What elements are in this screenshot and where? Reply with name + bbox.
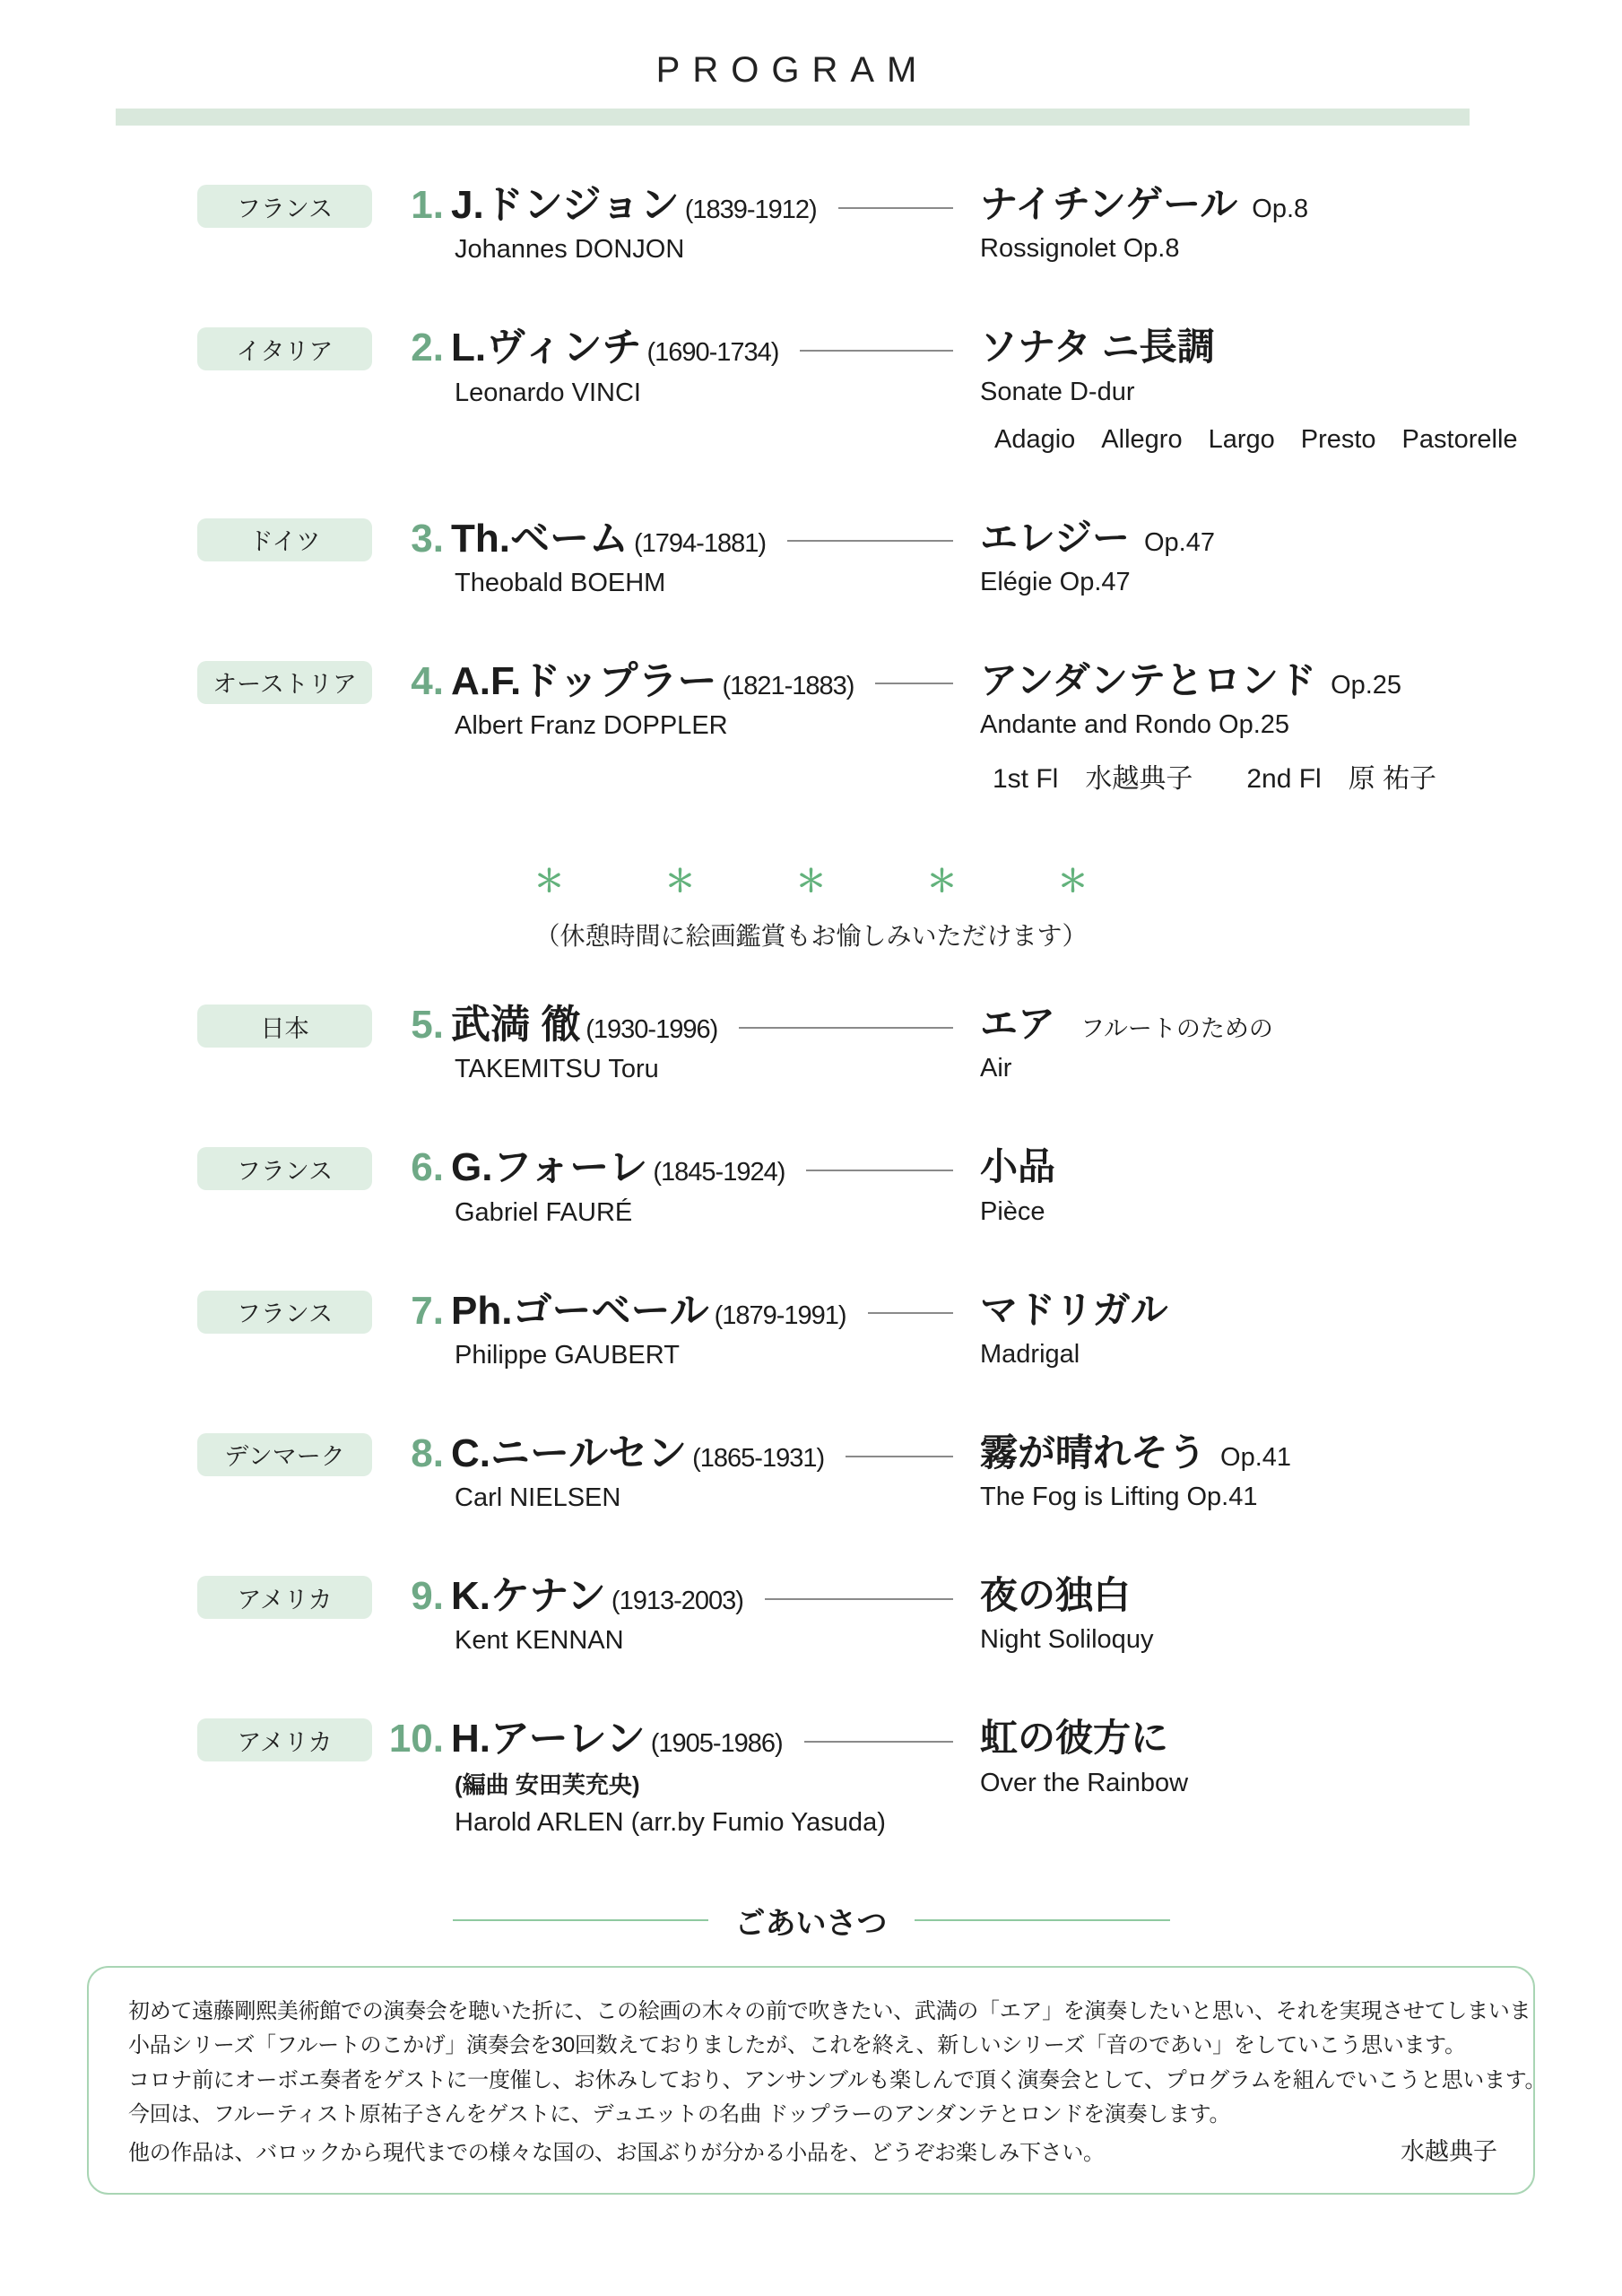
piece-title-jp: アンダンテとロンド [980, 659, 1316, 702]
composer-name-jp: A.F.ドップラー [451, 659, 716, 703]
page-title: PROGRAM [116, 50, 1470, 91]
piece-title-line: 夜の独白 [980, 1574, 1622, 1617]
composer-name-jp: L.ヴィンチ [451, 326, 641, 370]
country-tag-label: オーストリア [213, 665, 357, 700]
composer-line: H.アーレン (1905-1986) [451, 1717, 980, 1761]
item-number: 7. [385, 1289, 444, 1333]
piece-title-line: 小品 [980, 1145, 1622, 1188]
composer-line: K.ケナン (1913-2003) [451, 1574, 980, 1618]
item-number: 9. [385, 1574, 444, 1618]
composer-name-jp: K.ケナン [451, 1574, 606, 1618]
piece-title-latin: Andante and Rondo Op.25 [980, 710, 1622, 740]
country-tag-label: フランス [237, 1152, 333, 1187]
program-item-1: フランス 1. J.ドンジョン (1839-1912) Johannes DON… [197, 183, 1622, 265]
signature: 水越典子 [1401, 2132, 1497, 2167]
piece-title-jp: マドリガル [980, 1289, 1168, 1332]
country-tag: イタリア [197, 327, 372, 370]
composer-name-jp: Ph.ゴーベール [451, 1289, 709, 1333]
piece-title-latin: The Fog is Lifting Op.41 [980, 1483, 1622, 1512]
country-tag-label: フランス [237, 1294, 333, 1329]
composer-name-jp: 武満 徹 [451, 1003, 580, 1047]
composer-name-jp: H.アーレン [451, 1717, 646, 1761]
program-item-2: イタリア 2. L.ヴィンチ (1690-1734) Leonardo VINC… [197, 326, 1622, 455]
piece-title-line: エア フルートのための [980, 1003, 1622, 1046]
piece-title-jp: 霧が晴れそう [980, 1431, 1206, 1474]
composer-name-latin: TAKEMITSU Toru [455, 1055, 980, 1084]
country-tag: アメリカ [197, 1576, 372, 1619]
composer-name-latin: Gabriel FAURÉ [455, 1198, 980, 1228]
piece-subtitle: フルートのための [1080, 1009, 1273, 1044]
piece-title-jp: 虹の彼方に [980, 1717, 1168, 1760]
composer-line: Th.ベーム (1794-1881) [451, 517, 980, 561]
composer-block: L.ヴィンチ (1690-1734) Leonardo VINCI [451, 326, 980, 407]
piece-title-jp: エレジー [980, 517, 1130, 560]
connector-line [739, 1027, 953, 1029]
composer-line: G.フォーレ (1845-1924) [451, 1145, 980, 1189]
intermission-note: （休憩時間に絵画鑑賞もお愉しみいただけます） [0, 917, 1622, 952]
composer-name-jp: G.フォーレ [451, 1145, 647, 1189]
piece-block: ナイチンゲール Op.8 Rossignolet Op.8 [980, 183, 1622, 264]
asterisk-icon: ＊ [796, 857, 827, 900]
piece-title-line: ナイチンゲール Op.8 [980, 183, 1622, 226]
composer-name-latin: Albert Franz DOPPLER [455, 711, 980, 741]
greeting-heading: ごあいさつ [735, 1899, 888, 1943]
piece-performers: 1st Fl 水越典子 2nd Fl 原 祐子 [993, 756, 1622, 796]
program-item-9: アメリカ 9. K.ケナン (1913-2003) Kent KENNAN 夜の… [197, 1574, 1622, 1656]
program-item-5: 日本 5. 武満 徹 (1930-1996) TAKEMITSU Toru エア… [197, 1003, 1622, 1084]
piece-title-latin: Over the Rainbow [980, 1769, 1622, 1798]
item-number: 1. [385, 183, 444, 227]
composer-block: G.フォーレ (1845-1924) Gabriel FAURÉ [451, 1145, 980, 1227]
piece-title-jp: ナイチンゲール [980, 183, 1237, 226]
piece-title-line: アンダンテとロンド Op.25 [980, 659, 1622, 702]
piece-title-jp: ソナタ ニ長調 [980, 326, 1215, 369]
greeting-line: 他の作品は、バロックから現代までの様々な国の、お国ぶりが分かる小品を、どうぞお楽… [128, 2136, 1105, 2170]
country-tag: フランス [197, 1291, 372, 1334]
composer-name-jp: C.ニールセン [451, 1431, 687, 1475]
asterisk-icon: ＊ [927, 857, 958, 900]
composer-block: Th.ベーム (1794-1881) Theobald BOEHM [451, 517, 980, 598]
piece-block: マドリガル Madrigal [980, 1289, 1622, 1370]
piece-title-latin: Sonate D-dur [980, 378, 1622, 407]
composer-dates: (1690-1734) [646, 338, 778, 368]
composer-dates: (1913-2003) [612, 1587, 743, 1616]
asterisk-icon: ＊ [534, 857, 565, 900]
asterisk-row: ＊ ＊ ＊ ＊ ＊ [0, 857, 1622, 900]
program-list: フランス 1. J.ドンジョン (1839-1912) Johannes DON… [0, 183, 1622, 1838]
composer-name-jp: J.ドンジョン [451, 183, 680, 227]
intermission-divider: ＊ ＊ ＊ ＊ ＊ （休憩時間に絵画鑑賞もお愉しみいただけます） [0, 857, 1622, 952]
piece-title-line: ソナタ ニ長調 [980, 326, 1622, 369]
item-number: 3. [385, 517, 444, 561]
program-item-3: ドイツ 3. Th.ベーム (1794-1881) Theobald BOEHM… [197, 517, 1622, 598]
greeting-box: 初めて遠藤剛熙美術館での演奏会を聴いた折に、この絵画の木々の前で吹きたい、武満の… [87, 1966, 1535, 2195]
composer-line: A.F.ドップラー (1821-1883) [451, 659, 980, 703]
composer-name-jp: Th.ベーム [451, 517, 629, 561]
piece-title-line: マドリガル [980, 1289, 1622, 1332]
country-tag: アメリカ [197, 1718, 372, 1761]
composer-dates: (1879-1991) [715, 1301, 846, 1331]
composer-block: H.アーレン (1905-1986) (編曲 安田芙充央) Harold ARL… [451, 1717, 980, 1837]
composer-name-latin: Leonardo VINCI [455, 378, 980, 408]
composer-block: 武満 徹 (1930-1996) TAKEMITSU Toru [451, 1003, 980, 1084]
item-number: 4. [385, 659, 444, 703]
greeting-line: コロナ前にオーボエ奏者をゲストに一度催し、お休みしており、アンサンブルも楽しんで… [128, 2064, 1497, 2098]
item-number: 2. [385, 326, 444, 370]
connector-line [838, 207, 953, 209]
piece-title-jp: 夜の独白 [980, 1574, 1131, 1617]
country-tag-label: アメリカ [237, 1723, 332, 1758]
composer-name-latin: Carl NIELSEN [455, 1483, 980, 1513]
composer-line: 武満 徹 (1930-1996) [451, 1003, 980, 1047]
piece-opus: Op.41 [1220, 1443, 1291, 1473]
connector-line [804, 1741, 953, 1743]
country-tag-label: フランス [237, 189, 333, 224]
connector-line [868, 1312, 953, 1314]
composer-name-latin: Harold ARLEN (arr.by Fumio Yasuda) [455, 1808, 980, 1838]
greeting-last-row: 他の作品は、バロックから現代までの様々な国の、お国ぶりが分かる小品を、どうぞお楽… [128, 2132, 1497, 2170]
connector-line [787, 540, 953, 542]
header-divider-bar [116, 109, 1470, 126]
country-tag-label: イタリア [237, 332, 334, 367]
piece-title-latin: Night Soliloquy [980, 1625, 1622, 1655]
country-tag-label: 日本 [261, 1009, 309, 1044]
composer-dates: (1865-1931) [692, 1444, 824, 1474]
program-item-6: フランス 6. G.フォーレ (1845-1924) Gabriel FAURÉ… [197, 1145, 1622, 1227]
piece-title-jp: エア [980, 1003, 1055, 1046]
item-number: 10. [385, 1717, 444, 1761]
composer-block: J.ドンジョン (1839-1912) Johannes DONJON [451, 183, 980, 265]
piece-block: 小品 Pièce [980, 1145, 1622, 1226]
piece-title-jp: 小品 [980, 1145, 1055, 1188]
program-item-7: フランス 7. Ph.ゴーベール (1879-1991) Philippe GA… [197, 1289, 1622, 1370]
country-tag: ドイツ [197, 518, 372, 561]
piece-opus: Op.8 [1252, 195, 1308, 224]
country-tag: フランス [197, 185, 372, 228]
connector-line [806, 1170, 953, 1171]
greeting-section: ごあいさつ 初めて遠藤剛熙美術館での演奏会を聴いた折に、この絵画の木々の前で吹き… [0, 1899, 1622, 2195]
program-item-10: アメリカ 10. H.アーレン (1905-1986) (編曲 安田芙充央) H… [197, 1717, 1622, 1837]
piece-movements: Adagio Allegro Largo Presto Pastorelle [994, 419, 1622, 456]
composer-dates: (1839-1912) [685, 196, 817, 225]
country-tag-label: ドイツ [249, 522, 321, 557]
arranger-credit: (編曲 安田芙充央) [455, 1767, 980, 1800]
piece-block: 虹の彼方に Over the Rainbow [980, 1717, 1622, 1797]
country-tag: デンマーク [197, 1433, 372, 1476]
greeting-line: 初めて遠藤剛熙美術館での演奏会を聴いた折に、この絵画の木々の前で吹きたい、武満の… [128, 1995, 1497, 2029]
country-tag: 日本 [197, 1004, 372, 1048]
connector-line [765, 1598, 953, 1600]
heading-rule-left [453, 1919, 708, 1921]
composer-name-latin: Theobald BOEHM [455, 569, 980, 598]
piece-title-latin: Air [980, 1054, 1622, 1083]
country-tag: オーストリア [197, 661, 372, 704]
composer-line: L.ヴィンチ (1690-1734) [451, 326, 980, 370]
piece-title-latin: Rossignolet Op.8 [980, 234, 1622, 264]
piece-block: 霧が晴れそう Op.41 The Fog is Lifting Op.41 [980, 1431, 1622, 1512]
program-item-4: オーストリア 4. A.F.ドップラー (1821-1883) Albert F… [197, 659, 1622, 796]
item-number: 5. [385, 1003, 444, 1047]
piece-block: ソナタ ニ長調 Sonate D-dur Adagio Allegro Larg… [980, 326, 1622, 455]
composer-block: A.F.ドップラー (1821-1883) Albert Franz DOPPL… [451, 659, 980, 741]
asterisk-icon: ＊ [665, 857, 696, 900]
piece-title-latin: Madrigal [980, 1340, 1622, 1370]
composer-block: C.ニールセン (1865-1931) Carl NIELSEN [451, 1431, 980, 1513]
composer-name-latin: Kent KENNAN [455, 1626, 980, 1656]
greeting-heading-row: ごあいさつ [0, 1899, 1622, 1943]
composer-line: J.ドンジョン (1839-1912) [451, 183, 980, 227]
piece-block: エレジー Op.47 Elégie Op.47 [980, 517, 1622, 597]
piece-opus: Op.47 [1144, 528, 1215, 558]
composer-name-latin: Philippe GAUBERT [455, 1341, 980, 1370]
composer-name-latin: Johannes DONJON [455, 235, 980, 265]
country-tag-label: アメリカ [237, 1580, 332, 1615]
country-tag: フランス [197, 1147, 372, 1190]
composer-block: Ph.ゴーベール (1879-1991) Philippe GAUBERT [451, 1289, 980, 1370]
piece-block: エア フルートのための Air [980, 1003, 1622, 1083]
connector-line [875, 683, 953, 684]
heading-rule-right [915, 1919, 1170, 1921]
concert-program-page: { "header": { "title": "PROGRAM" }, "col… [0, 0, 1622, 2296]
composer-dates: (1794-1881) [634, 529, 766, 559]
connector-line [800, 350, 953, 352]
piece-block: 夜の独白 Night Soliloquy [980, 1574, 1622, 1655]
composer-dates: (1821-1883) [722, 672, 854, 701]
item-number: 6. [385, 1145, 444, 1189]
piece-title-latin: Pièce [980, 1197, 1622, 1227]
program-item-8: デンマーク 8. C.ニールセン (1865-1931) Carl NIELSE… [197, 1431, 1622, 1513]
country-tag-label: デンマーク [224, 1437, 344, 1472]
composer-block: K.ケナン (1913-2003) Kent KENNAN [451, 1574, 980, 1656]
piece-title-line: エレジー Op.47 [980, 517, 1622, 560]
item-number: 8. [385, 1431, 444, 1475]
greeting-line: 今回は、フルーティスト原祐子さんをゲストに、デュエットの名曲 ドップラーのアンダ… [128, 2098, 1497, 2132]
composer-dates: (1845-1924) [653, 1158, 785, 1187]
piece-opus: Op.25 [1331, 671, 1401, 700]
asterisk-icon: ＊ [1058, 857, 1089, 900]
composer-line: Ph.ゴーベール (1879-1991) [451, 1289, 980, 1333]
composer-dates: (1930-1996) [585, 1015, 717, 1045]
greeting-line: 小品シリーズ「フルートのこかげ」演奏会を30回数えておりましたが、これを終え、新… [128, 2029, 1497, 2063]
composer-dates: (1905-1986) [651, 1729, 783, 1759]
piece-title-latin: Elégie Op.47 [980, 568, 1622, 597]
piece-title-line: 虹の彼方に [980, 1717, 1622, 1760]
piece-block: アンダンテとロンド Op.25 Andante and Rondo Op.25 … [980, 659, 1622, 796]
composer-line: C.ニールセン (1865-1931) [451, 1431, 980, 1475]
program-header: PROGRAM [116, 50, 1470, 126]
piece-title-line: 霧が晴れそう Op.41 [980, 1431, 1622, 1474]
connector-line [846, 1456, 953, 1457]
